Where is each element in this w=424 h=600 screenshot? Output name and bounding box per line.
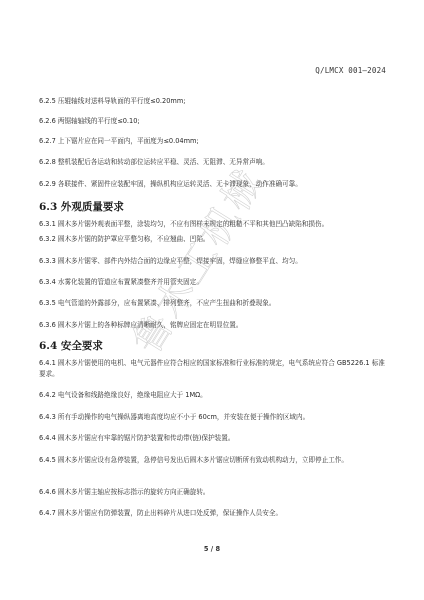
clause-6-4-3: 6.4.3 所有手动操作的电气操纵器离地高度均应不小于 60cm，并安装在便于操… bbox=[39, 412, 388, 423]
clause-6-4-2: 6.4.2 电气设备和线路绝缘良好，绝缘电阻应大于 1MΩ。 bbox=[39, 390, 388, 401]
document-code: Q/LMCX 001—2024 bbox=[315, 66, 386, 75]
clause-6-2-7: 6.2.7 上下锯片应在同一平面内，平面度为≤0.04mm; bbox=[39, 136, 388, 147]
clause-6-3-4: 6.3.4 水雾化装置的管道应布置紧凑整齐并用管夹固定。 bbox=[39, 277, 388, 288]
clause-6-2-8: 6.2.8 整机装配后各运动和转动部位运转应平稳、灵活、无阻滞、无异常声响。 bbox=[39, 157, 388, 168]
clause-6-3-6: 6.3.6 圆木多片锯上的各种标牌应清晰耐久，铭牌应固定在明显位置。 bbox=[39, 320, 388, 331]
clause-6-2-5: 6.2.5 压辊轴线对送料导轨面的平行度≤0.20mm; bbox=[39, 96, 388, 107]
clause-6-4-5: 6.4.5 圆木多片锯应设有急停装置，急停信号发出后圆木多片锯应切断所有致动机构… bbox=[39, 455, 388, 466]
clause-6-2-6: 6.2.6 两锯轴轴线的平行度≤0.10; bbox=[39, 116, 388, 127]
page-number: 5 / 8 bbox=[0, 545, 424, 553]
section-heading-6-3: 6.3 外观质量要求 bbox=[39, 199, 124, 214]
clause-6-4-7: 6.4.7 圆木多片锯应有防弹装置，防止出料碎片从进口处反弹，保证操作人员安全。 bbox=[39, 508, 388, 519]
clause-6-4-6: 6.4.6 圆木多片锯主轴应按标志指示的旋转方向正确旋转。 bbox=[39, 487, 388, 498]
section-heading-6-4: 6.4 安全要求 bbox=[39, 338, 103, 353]
clause-6-3-3: 6.3.3 圆木多片锯零、部件内外结合面的边缘应平整，焊接牢固，焊缝应修整平直、… bbox=[39, 256, 388, 267]
document-page: Q/LMCX 001—2024 6.2.5 压辊轴线对送料导轨面的平行度≤0.2… bbox=[0, 0, 424, 600]
clause-6-2-9: 6.2.9 各联接件、紧固件应装配牢固，操纵机构应运转灵活、无卡滞现象，动作准确… bbox=[39, 179, 388, 190]
clause-6-3-2: 6.3.2 圆木多片锯的防护罩应平整匀称，不应翘曲、凹陷。 bbox=[39, 234, 388, 245]
clause-6-3-1: 6.3.1 圆木多片锯外观表面平整，涂装均匀，不应有图样未规定的粗糙不平和其他凹… bbox=[39, 219, 388, 230]
clause-6-4-1: 6.4.1 圆木多片锯使用的电机、电气元器件应符合相应的国家标准和行业标准的规定… bbox=[39, 358, 388, 380]
clause-6-4-4: 6.4.4 圆木多片锯应有牢靠的锯片防护装置和传动带(链)保护装置。 bbox=[39, 433, 388, 444]
clause-6-3-5: 6.3.5 电气管道的外露部分，应布置紧凑、排列整齐，不应产生扭曲和折叠现象。 bbox=[39, 298, 388, 309]
